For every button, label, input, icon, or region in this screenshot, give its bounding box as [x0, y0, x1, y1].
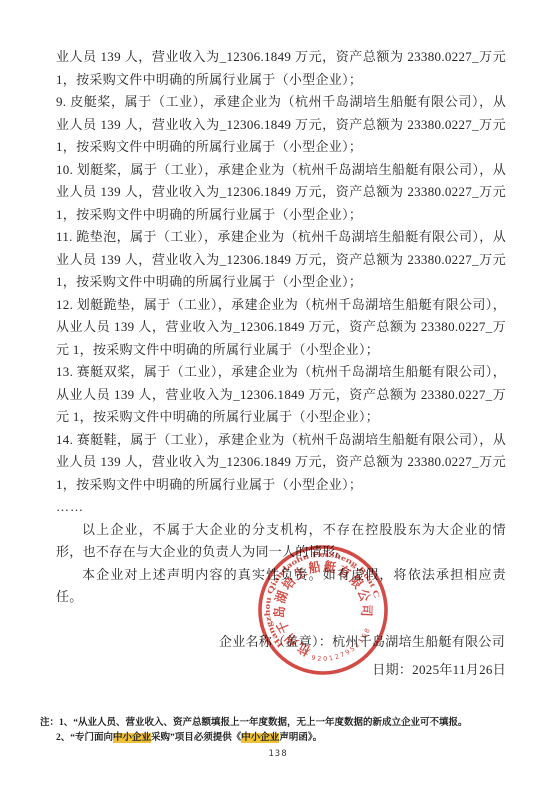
footnote-2: 2、“专门面向中小企业采购”项目必须提供《中小企业声明函》。 [40, 731, 506, 746]
declaration-item: 9. 皮艇桨，属于（工业），承建企业为（杭州千岛湖培生船艇有限公司），从业人员 … [56, 91, 506, 159]
page-number: 138 [0, 749, 556, 759]
footnotes: 注：1、“从业人员、营业收入、资产总额填报上一年度数据，无上一年度数据的新成立企… [40, 716, 506, 746]
highlight-sme-term-2: 中小企业 [241, 733, 279, 743]
declaration-item: 14. 赛艇鞋，属于（工业），承建企业为（杭州千岛湖培生船艇有限公司），从业人员… [56, 429, 506, 497]
declaration-item-list: 9. 皮艇桨，属于（工业），承建企业为（杭州千岛湖培生船艇有限公司），从业人员 … [56, 91, 506, 496]
footnote-2-suffix: 声明函》。 [279, 733, 322, 743]
document-body: 业人员 139 人，营业收入为_12306.1849 万元，资产总额为 2338… [56, 46, 506, 746]
footnote-1: 注：1、“从业人员、营业收入、资产总额填报上一年度数据，无上一年度数据的新成立企… [40, 716, 506, 731]
declaration-item: 13. 赛艇双桨，属于（工业），承建企业为（杭州千岛湖培生船艇有限公司），从业人… [56, 361, 506, 429]
highlight-sme-term-1: 中小企业 [113, 733, 151, 743]
date-line: 日期：2025年11月26日 [56, 659, 506, 682]
continuation-paragraph: 业人员 139 人，营业收入为_12306.1849 万元，资产总额为 2338… [56, 46, 506, 91]
declaration-item: 10. 划艇桨，属于（工业），承建企业为（杭州千岛湖培生船艇有限公司），从业人员… [56, 159, 506, 227]
company-name-with-seal-label: 企业名称（盖章）：杭州千岛湖培生船艇有限公司 [219, 634, 505, 649]
date-value: 日期：2025年11月26日 [372, 662, 506, 677]
paragraph-not-branch-of-large-enterprise: 以上企业，不属于大企业的分支机构，不存在控股股东为大企业的情形，也不存在与大企业… [56, 519, 506, 564]
declaration-item: 12. 划艇跪垫，属于（工业），承建企业为（杭州千岛湖培生船艇有限公司），从业人… [56, 294, 506, 362]
declaration-item: 11. 跪垫泡，属于（工业），承建企业为（杭州千岛湖培生船艇有限公司），从业人员… [56, 226, 506, 294]
footnote-2-middle: 采购”项目必须提供《 [151, 733, 241, 743]
paragraph-truthfulness-statement: 本企业对上述声明内容的真实性负责。如有虚假，将依法承担相应责任。 [56, 564, 506, 609]
ellipsis-line: …… [56, 496, 506, 519]
signature-line: 企业名称（盖章）：杭州千岛湖培生船艇有限公司 [56, 631, 506, 654]
footnote-2-prefix: 2、“专门面向 [56, 733, 113, 743]
